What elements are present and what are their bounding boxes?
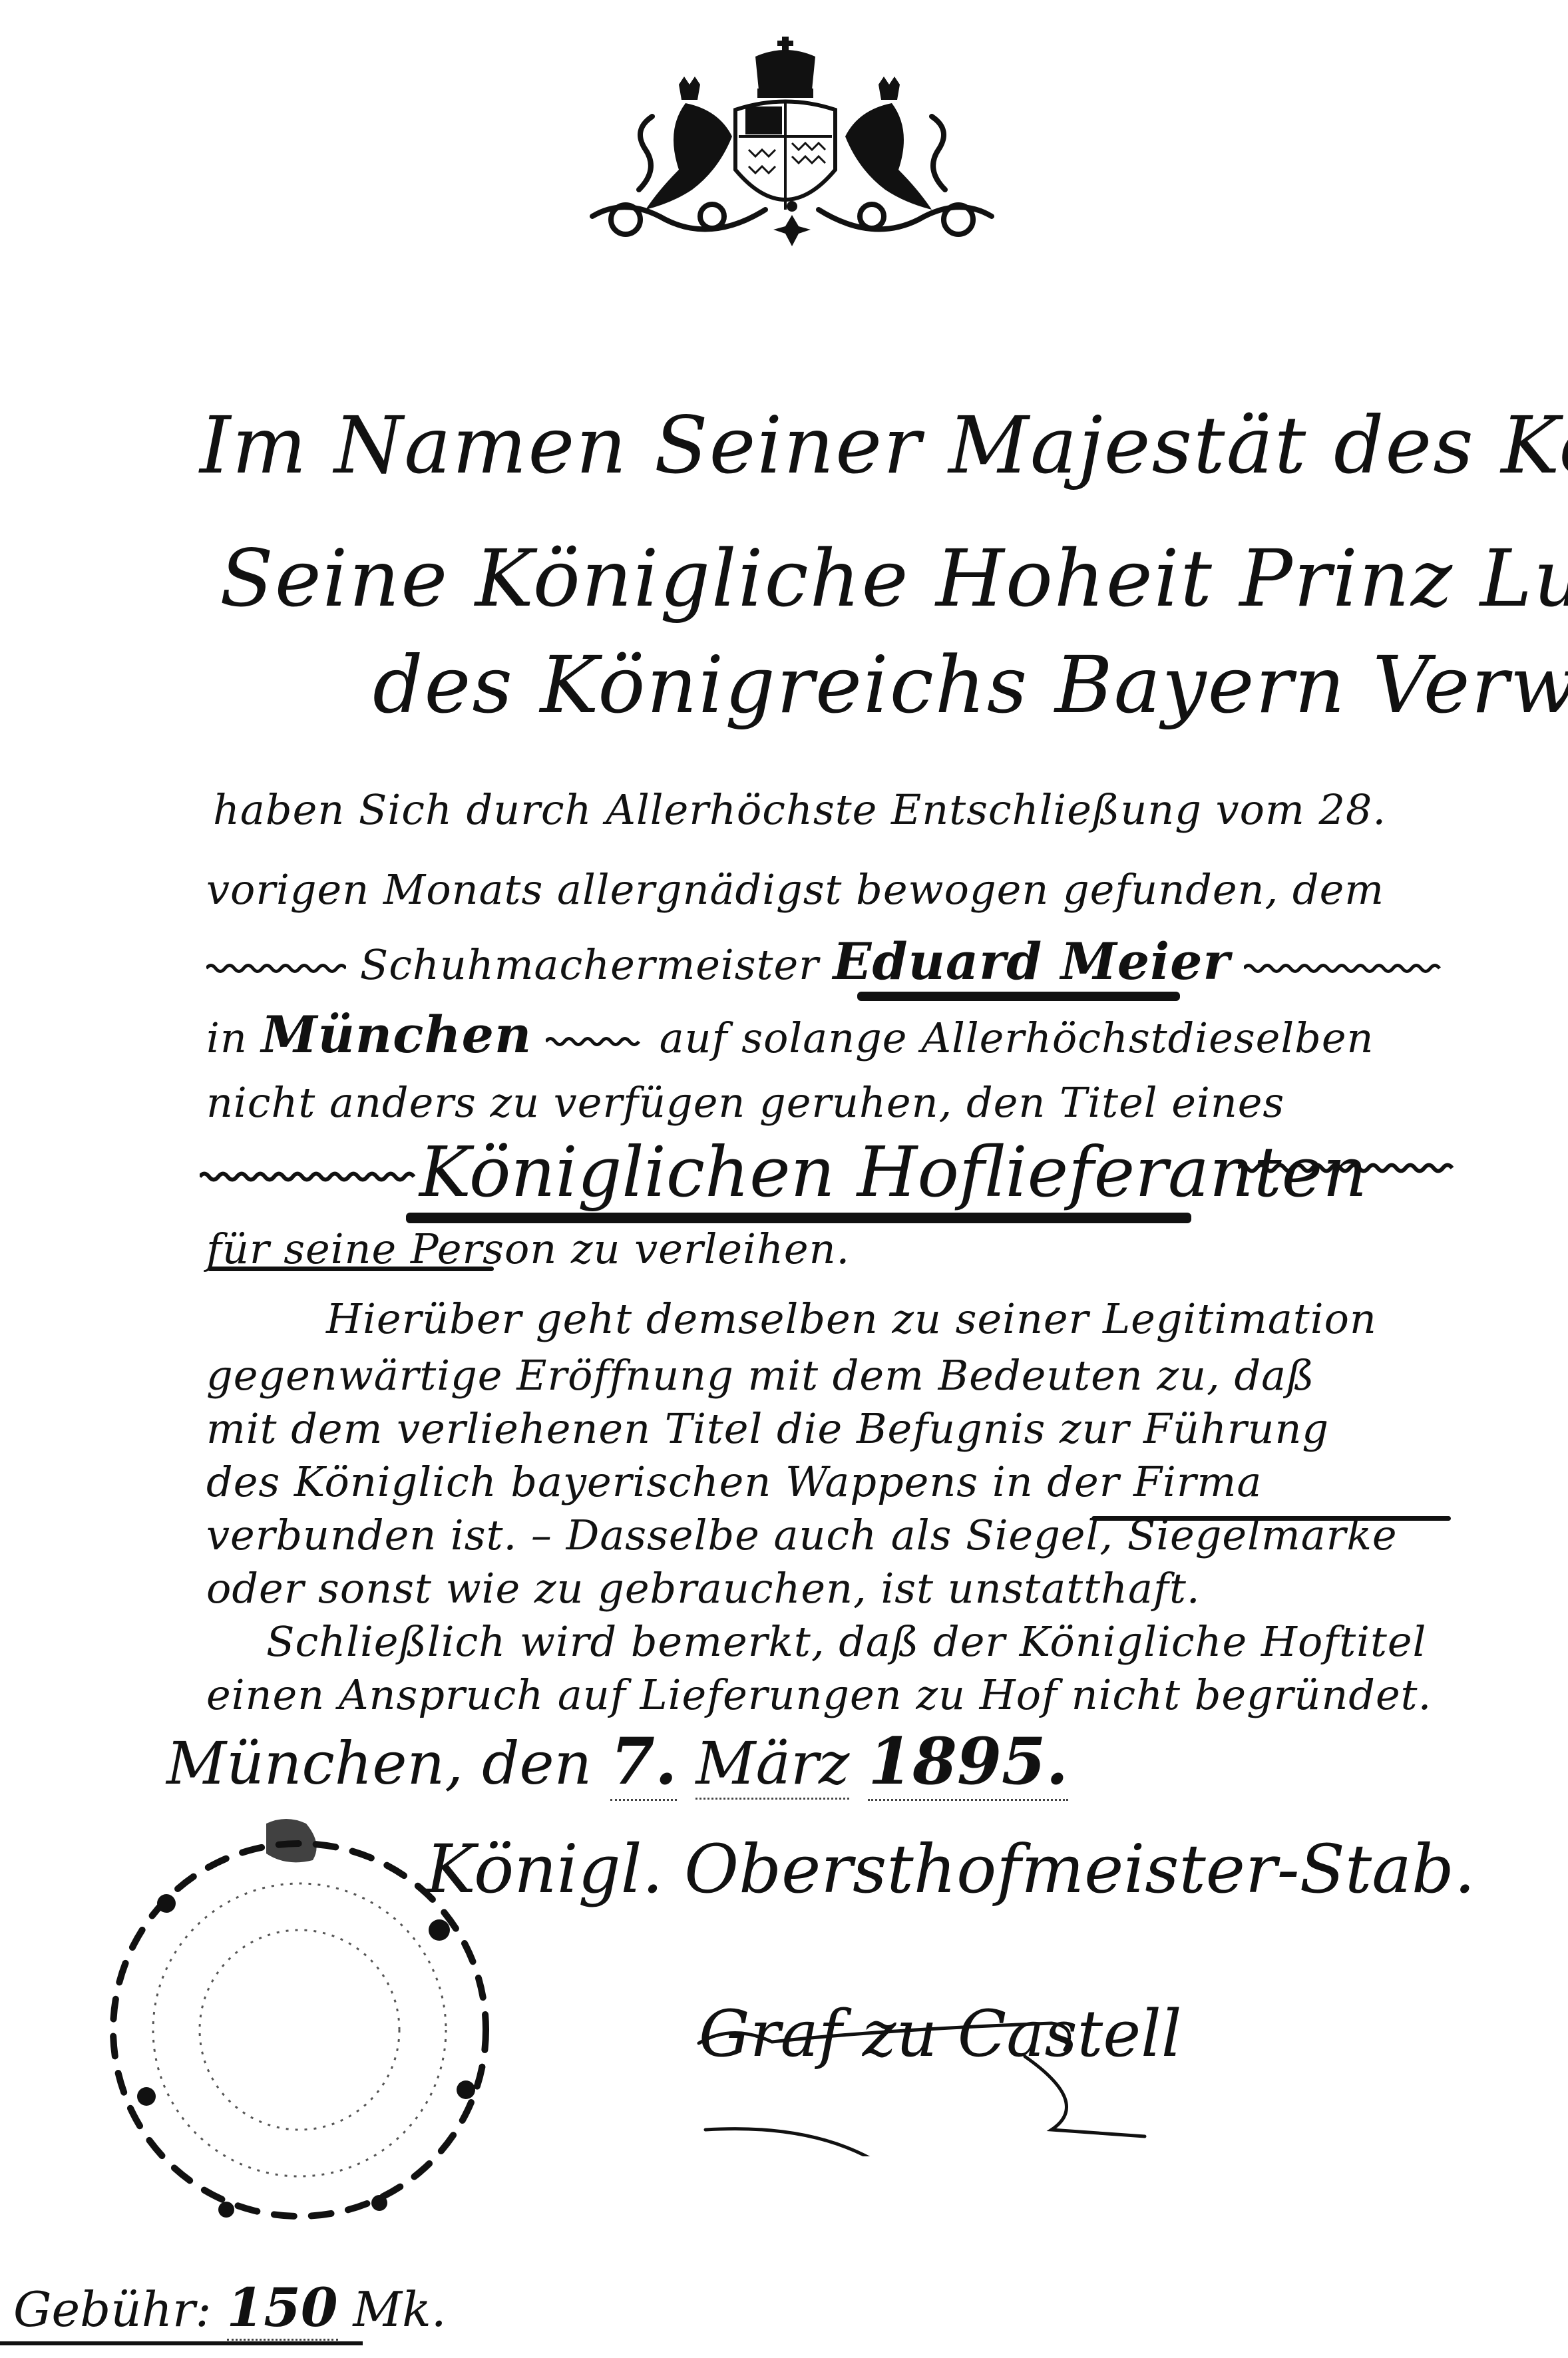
date-line: München, den 7. März 1895. [166,1724,1068,1801]
wavy-filler-line [1238,1161,1458,1175]
date-month: März [695,1729,849,1800]
wavy-filler-line [546,1036,646,1048]
name-underline [857,992,1180,1001]
granted-title-line: Königlichen Hoflieferanten [200,1131,1451,1218]
signature-text: Graf zu Castell [699,1997,1182,2071]
body-line-7: Hierüber geht demselben zu seiner Legiti… [326,1294,1377,1343]
warrant-document: Im Namen Seiner Majestät des Königs Sein… [0,0,1568,2358]
body-line-14: einen Anspruch auf Lieferungen zu Hof ni… [206,1670,1432,1719]
issuing-office: Königl. Obersthofmeister-Stab. [426,1830,1475,1908]
title-underline [406,1213,1191,1223]
recipient-city: München [261,1005,532,1064]
fee-line: Gebühr: 150 Mk. [13,2276,447,2341]
firm-emphasis: in der Firma [992,1458,1262,1506]
heading-line-1: Im Namen Seiner Majestät des Königs [200,399,1568,491]
body-line-1: haben Sich durch Allerhöchste Entschließ… [213,785,1386,834]
fee-amount: 150 [227,2276,338,2341]
body-line-3: Schuhmachermeister Eduard Meier [206,932,1444,991]
occupation-text: Schuhmachermeister [360,940,819,989]
signature: Graf zu Castell [679,1957,1198,2156]
person-underline [208,1267,494,1271]
wavy-filler-line [1244,962,1444,974]
heading-line-2: Seine Königliche Hoheit Prinz Luitpold [220,532,1568,624]
body-line-8: gegenwärtige Eröffnung mit dem Bedeuten … [206,1351,1315,1400]
heading-line-3: des Königreichs Bayern Verweser [373,639,1568,731]
wavy-filler-line [206,962,346,974]
granted-title: Königlichen Hoflieferanten [419,1131,1367,1213]
body-line-10: des Königlich bayerischen Wappens in der… [206,1458,1262,1506]
body-line-12: oder sonst wie zu gebrauchen, ist unstat… [206,1564,1201,1613]
recipient-name: Eduard Meier [833,932,1231,991]
body-line-9: mit dem verliehenen Titel die Befugnis z… [206,1404,1329,1453]
date-year: 1895. [868,1724,1068,1801]
body-line-2: vorigen Monats allergnädigst bewogen gef… [206,865,1384,914]
wavy-filler-line [200,1170,419,1183]
fee-label: Gebühr: [13,2281,212,2337]
coat-of-arms-icon [566,37,1018,250]
body-line-11: verbunden ist. – Dasselbe auch als Siege… [206,1511,1398,1559]
embossed-seal-icon [93,1810,506,2236]
body-line-4: in München auf solange Allerhöchstdiesel… [206,1005,1374,1064]
fee-underline [0,2341,363,2345]
date-day: 7. [610,1724,677,1801]
body-line-5: nicht anders zu verfügen geruhen, den Ti… [206,1078,1284,1127]
body-line-13: Schließlich wird bemerkt, daß der Königl… [266,1617,1426,1666]
fee-currency: Mk. [353,2281,446,2337]
